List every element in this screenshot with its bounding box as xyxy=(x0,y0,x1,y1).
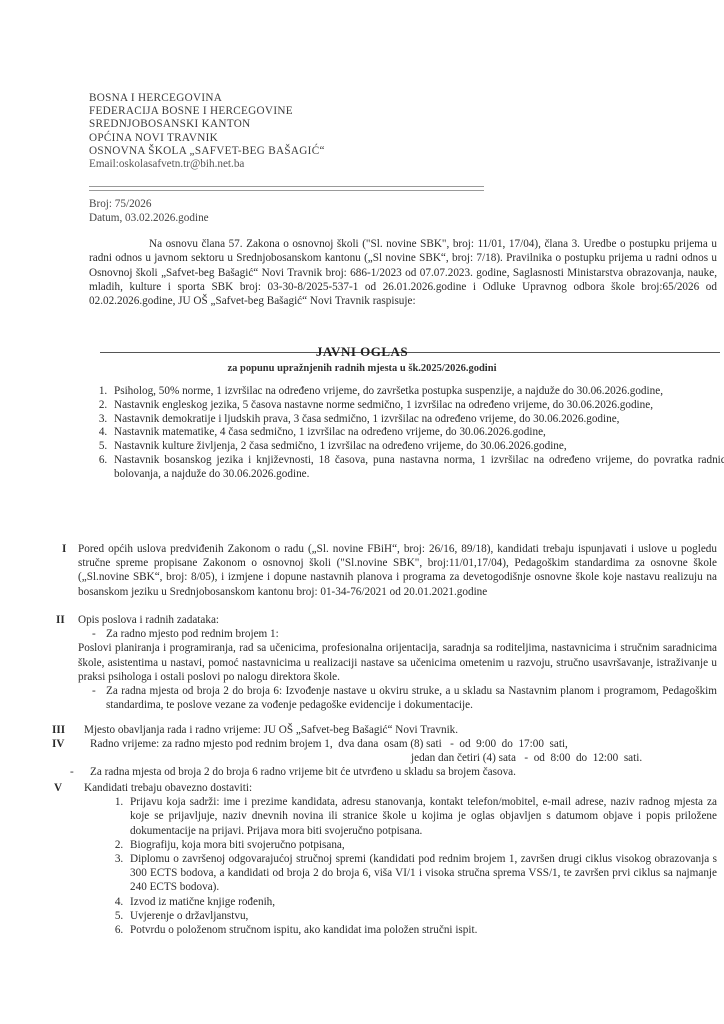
dash-item: -Za radno mjesto pod rednim brojem 1: xyxy=(78,627,717,641)
section-number: II xyxy=(56,613,65,627)
header-divider xyxy=(89,186,484,191)
document-subtitle: za popunu upražnjenih radnih mjesta u šk… xyxy=(0,362,724,376)
letterhead-school: OSNOVNA ŠKOLA „SAFVET-BEG BAŠAGIĆ“ xyxy=(89,145,325,158)
section-number: V xyxy=(54,781,62,795)
letterhead-country: BOSNA I HERCEGOVINA xyxy=(89,92,325,105)
documents-list: Prijavu koja sadrži: ime i prezime kandi… xyxy=(44,795,717,937)
letterhead-email: Email:oskolasafvetn.tr@bih.net.ba xyxy=(89,158,325,171)
working-hours-line-2: jedan dan četiri (4) sata - od 8:00 do 1… xyxy=(90,751,717,765)
section-working-hours: IV Radno vrijeme: za radno mjesto pod re… xyxy=(44,737,717,780)
section-heading: Opis poslova i radnih zadataka: xyxy=(78,613,717,627)
document-page: BOSNA I HERCEGOVINA FEDERACIJA BOSNE I H… xyxy=(0,0,724,1024)
position-item: Nastavnik kulture življenja, 2 časa sedm… xyxy=(110,440,724,454)
intro-paragraph: Na osnovu člana 57. Zakona o osnovnoj šk… xyxy=(89,237,717,308)
letterhead-federation: FEDERACIJA BOSNE I HERCEGOVINE xyxy=(89,105,325,118)
section-general-conditions: I Pored općih uslova predviđenih Zakonom… xyxy=(44,542,717,599)
section-text: Pored općih uslova predviđenih Zakonom o… xyxy=(78,542,717,599)
psychologist-duties: Poslovi planiranja i programiranja, rad … xyxy=(78,641,717,684)
intro-text: Na osnovu člana 57. Zakona o osnovnoj šk… xyxy=(89,238,717,307)
document-item: Prijavu koja sadrži: ime i prezime kandi… xyxy=(126,795,717,838)
position-item: Nastavnik demokratije i ljudskih prava, … xyxy=(110,413,724,427)
position-item: Nastavnik bosanskog jezika i književnost… xyxy=(110,454,724,482)
section-number: III xyxy=(52,723,65,737)
document-item: Diplomu o završenoj odgovarajućoj stručn… xyxy=(126,852,717,895)
document-item: Biografiju, koja mora biti svojeručno po… xyxy=(126,838,717,852)
position-item: Psiholog, 50% norme, 1 izvršilac na odre… xyxy=(110,385,724,399)
position-item: Nastavnik matematike, 4 časa sedmično, 1… xyxy=(110,426,724,440)
letterhead: BOSNA I HERCEGOVINA FEDERACIJA BOSNE I H… xyxy=(89,92,325,171)
section-number: IV xyxy=(52,737,64,751)
section-heading: Kandidati trebaju obavezno dostaviti: xyxy=(84,781,717,795)
section-work-location: III Mjesto obavljanja rada i radno vrije… xyxy=(44,723,717,737)
position-item: Nastavnik engleskog jezika, 5 časova nas… xyxy=(110,399,724,413)
document-item: Potvrdu o položenom stručnom ispitu, ako… xyxy=(126,923,717,937)
document-number: Broj: 75/2026 xyxy=(89,197,209,211)
section-text: Mjesto obavljanja rada i radno vrijeme: … xyxy=(84,723,717,737)
positions-list: Psiholog, 50% norme, 1 izvršilac na odre… xyxy=(82,385,724,482)
document-date: Datum, 03.02.2026.godine xyxy=(89,211,209,225)
document-title: JAVNI OGLAS xyxy=(0,345,724,359)
letterhead-canton: SREDNJOBOSANSKI KANTON xyxy=(89,118,325,131)
document-item: Izvod iz matične knjige rođenih, xyxy=(126,895,717,909)
working-hours-line-1: Radno vrijeme: za radno mjesto pod redni… xyxy=(90,737,717,751)
section-number: I xyxy=(62,542,66,556)
section-job-description: II Opis poslova i radnih zadataka: -Za r… xyxy=(44,613,717,712)
section-required-documents: V Kandidati trebaju obavezno dostaviti: … xyxy=(44,781,717,937)
letterhead-municipality: OPĆINA NOVI TRAVNIK xyxy=(89,132,325,145)
document-meta: Broj: 75/2026 Datum, 03.02.2026.godine xyxy=(89,197,209,225)
dash-item: -Za radna mjesta od broja 2 do broja 6: … xyxy=(78,684,717,712)
document-item: Uvjerenje o državljanstvu, xyxy=(126,909,717,923)
dash-item: -Za radna mjesta od broja 2 do broja 6 r… xyxy=(44,765,717,779)
